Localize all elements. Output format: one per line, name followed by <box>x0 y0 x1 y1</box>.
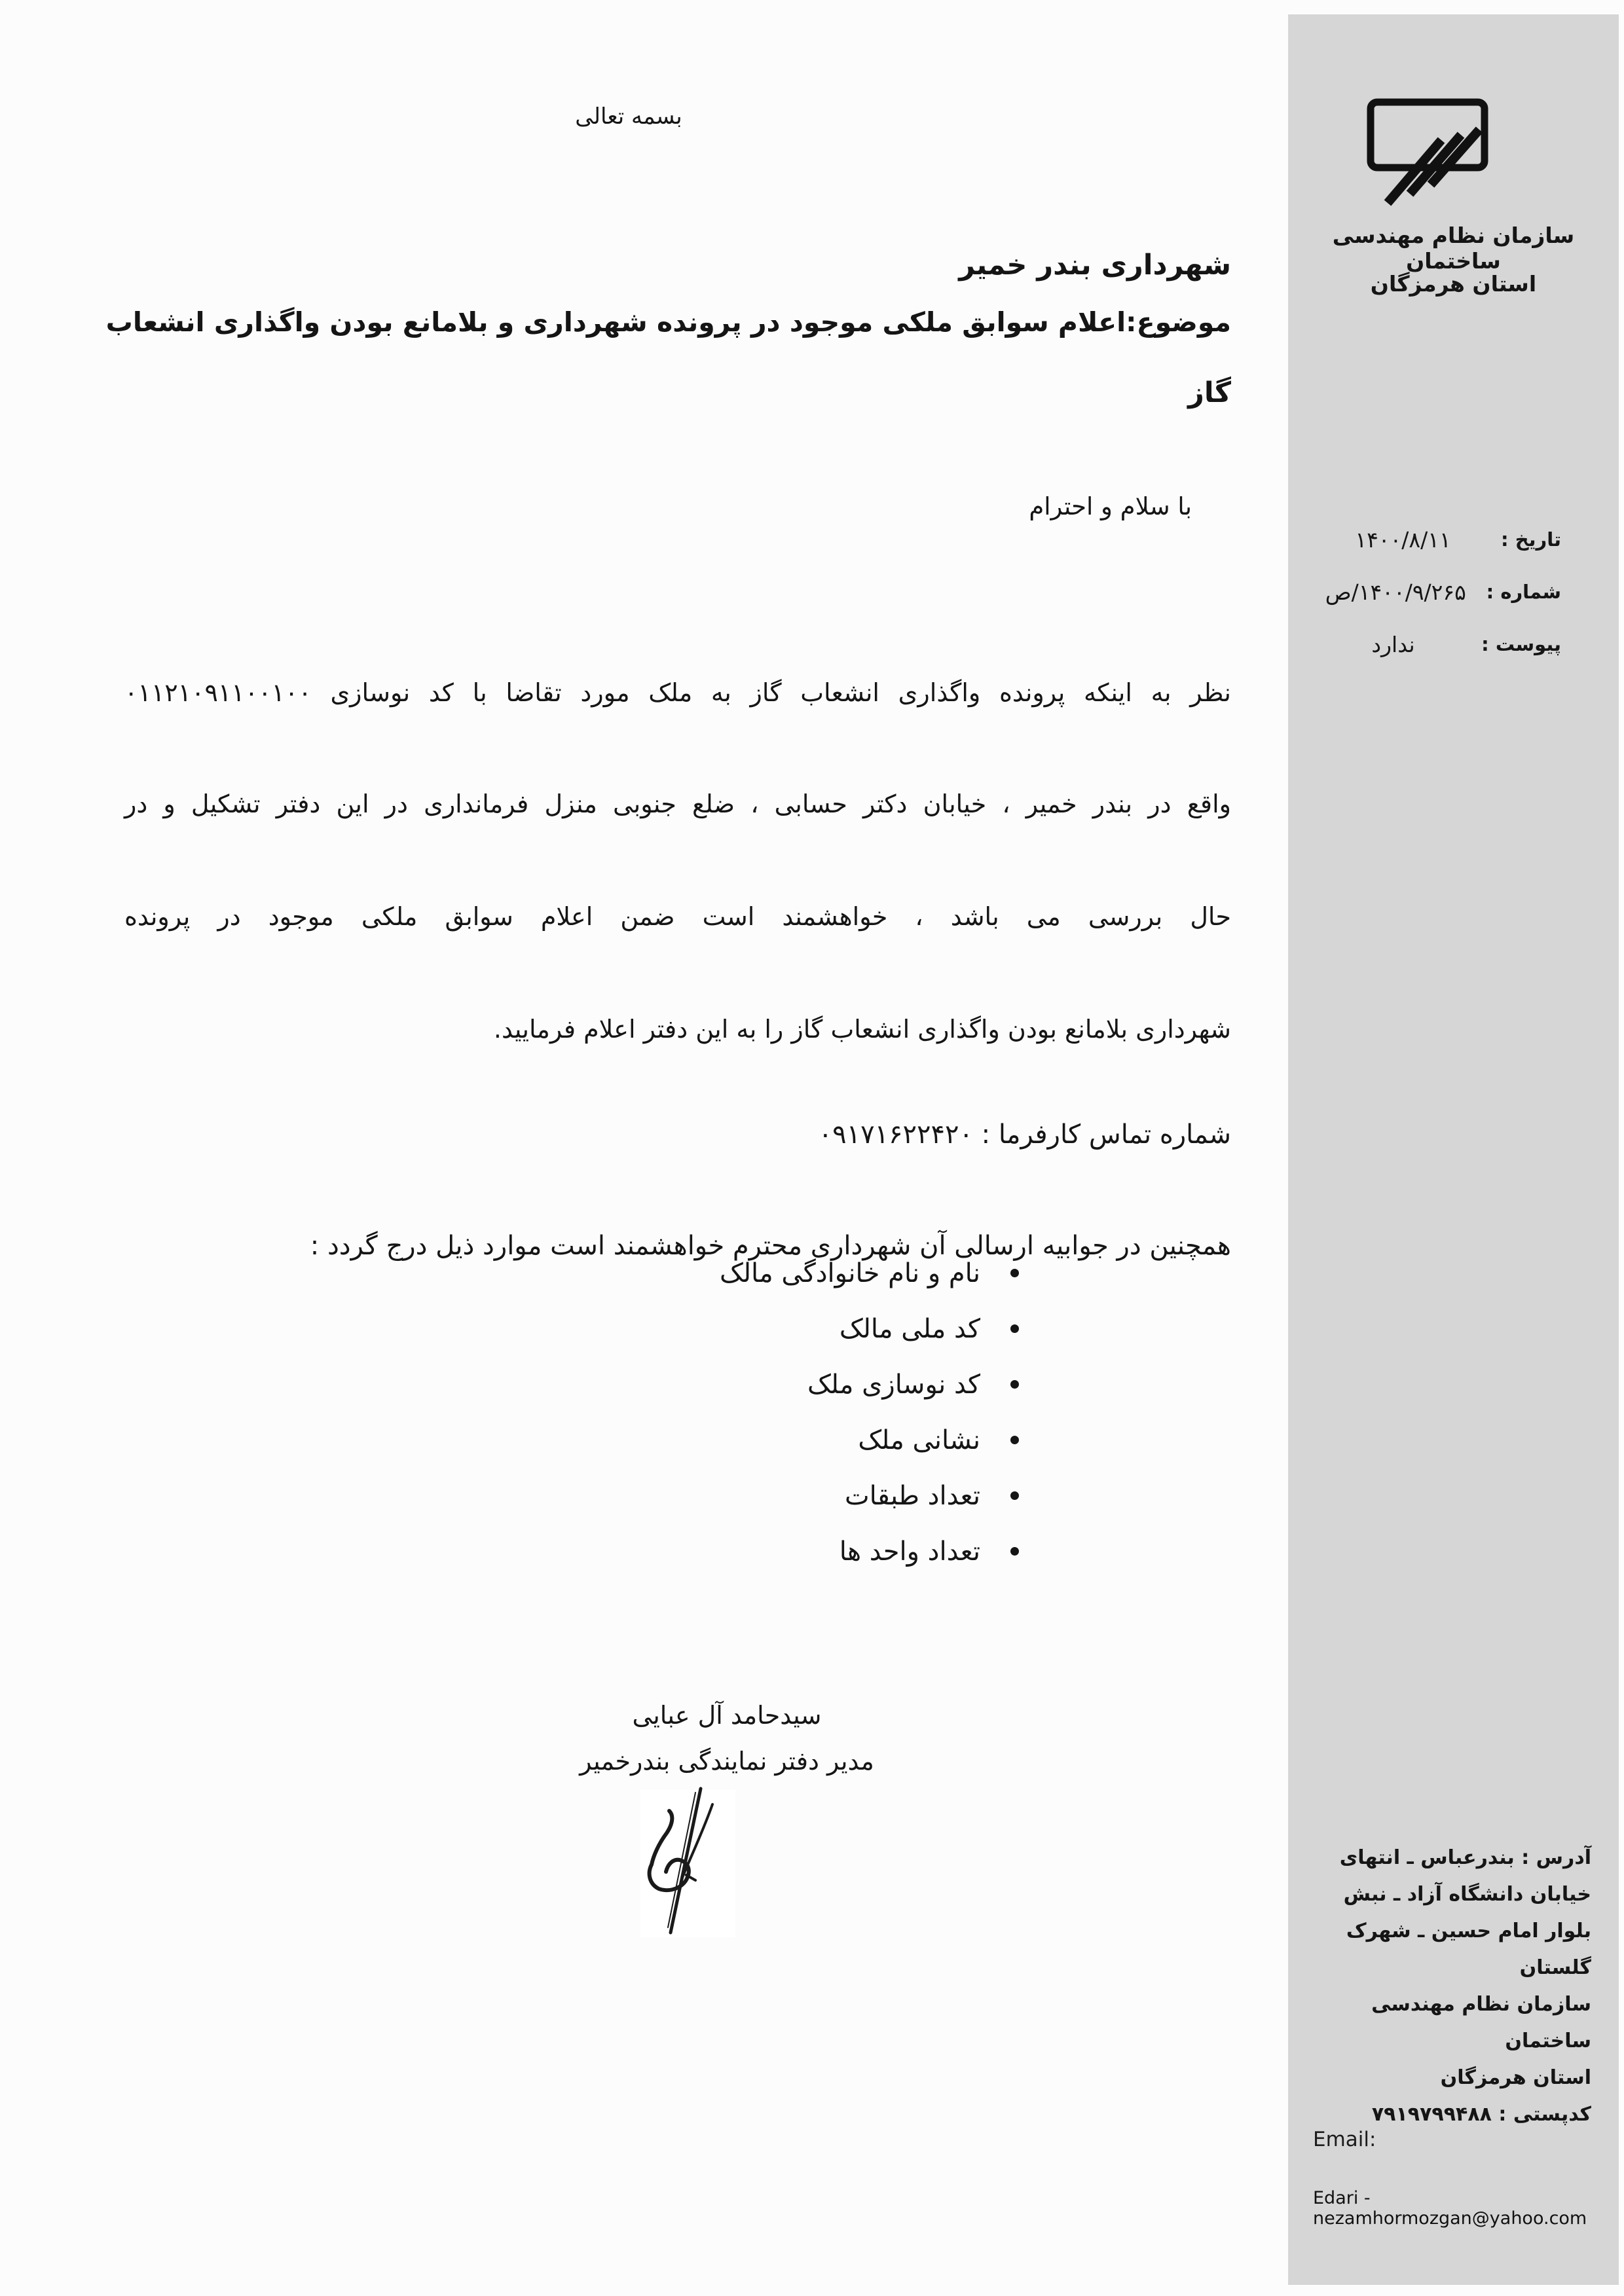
number-field: شماره : ۱۴۰۰/۹/۲۶۵/ص <box>1288 566 1619 618</box>
signer-name: سیدحامد آل عبایی <box>544 1701 910 1730</box>
list-item-label: تعداد طبقات <box>845 1481 980 1511</box>
number-value: ۱۴۰۰/۹/۲۶۵/ص <box>1305 579 1486 605</box>
body-line: شهرداری بلامانع بودن واگذاری انشعاب گاز … <box>124 1010 1231 1049</box>
bullet-icon <box>1010 1547 1019 1556</box>
list-item-label: نشانی ملک <box>858 1425 980 1455</box>
attachment-value: ندارد <box>1305 632 1481 657</box>
body-line: حال بررسی می باشد ، خواهشمند است ضمن اعل… <box>124 897 1231 936</box>
date-value: ۱۴۰۰/۸/۱۱ <box>1305 527 1501 553</box>
address-line: گلستان <box>1309 1950 1591 1986</box>
signature-block: سیدحامد آل عبایی مدیر دفتر نمایندگی بندر… <box>544 1701 910 1776</box>
recipient-line: شهرداری بندر خمیر <box>959 249 1231 282</box>
number-label: شماره : <box>1486 581 1561 603</box>
list-item: نشانی ملک <box>0 1412 1019 1468</box>
list-item: کد نوسازی ملک <box>0 1357 1019 1412</box>
bullet-icon <box>1010 1491 1019 1500</box>
attachment-label: پیوست : <box>1481 633 1561 655</box>
date-field: تاریخ : ۱۴۰۰/۸/۱۱ <box>1288 513 1619 566</box>
employer-phone-line: شماره تماس کارفرما : ۰۹۱۷۱۶۲۲۴۲۰ <box>819 1120 1231 1150</box>
subject-line-1: موضوع:اعلام سوابق ملکی موجود در پرونده ش… <box>106 306 1231 338</box>
subject-line-2: گاز <box>1188 376 1231 409</box>
organization-logo-icon <box>1365 98 1490 210</box>
address-line: بلوار امام حسین ـ شهرک <box>1309 1913 1591 1950</box>
letter-page: بسمه تعالی شهرداری بندر خمیر موضوع:اعلام… <box>0 0 1624 2296</box>
address-line: استان هرمزگان <box>1309 2060 1591 2096</box>
list-item-label: تعداد واحد ها <box>840 1537 980 1567</box>
list-item: تعداد طبقات <box>0 1468 1019 1523</box>
bullet-icon <box>1010 1324 1019 1333</box>
email-address: Edari - nezamhormozgan@yahoo.com <box>1313 2188 1619 2229</box>
salutation-line: با سلام و احترام <box>1029 492 1192 520</box>
letter-meta-fields: تاریخ : ۱۴۰۰/۸/۱۱ شماره : ۱۴۰۰/۹/۲۶۵/ص پ… <box>1288 513 1619 670</box>
bullet-icon <box>1010 1436 1019 1444</box>
org-name-line2: استان هرمزگان <box>1288 271 1619 297</box>
list-item-label: کد نوسازی ملک <box>807 1370 980 1400</box>
attachment-field: پیوست : ندارد <box>1288 618 1619 670</box>
bullet-icon <box>1010 1269 1019 1277</box>
bullet-icon <box>1010 1380 1019 1389</box>
address-line: آدرس : بندرعباس ـ انتهای <box>1309 1840 1591 1876</box>
address-line: سازمان نظام مهندسی ساختمان <box>1309 1986 1591 2060</box>
list-item: تعداد واحد ها <box>0 1523 1019 1579</box>
required-items-list: نام و نام خانوادگی مالک کد ملی مالک کد ن… <box>0 1245 1019 1579</box>
list-item-label: نام و نام خانوادگی مالک <box>720 1258 980 1288</box>
list-item: نام و نام خانوادگی مالک <box>0 1245 1019 1301</box>
letterhead-sidebar: سازمان نظام مهندسی ساختمان استان هرمزگان… <box>1288 14 1619 2285</box>
org-address-block: آدرس : بندرعباس ـ انتهای خیابان دانشگاه … <box>1309 1840 1591 2133</box>
date-label: تاریخ : <box>1501 528 1561 551</box>
address-line: خیابان دانشگاه آزاد ـ نبش <box>1309 1876 1591 1913</box>
handwritten-signature <box>622 1785 747 1988</box>
signer-title: مدیر دفتر نمایندگی بندرخمیر <box>544 1747 910 1776</box>
body-line: نظر به اینکه پرونده واگذاری انشعاب گاز ب… <box>124 673 1231 712</box>
email-label: Email: <box>1313 2128 1376 2151</box>
list-item: کد ملی مالک <box>0 1301 1019 1357</box>
body-line: واقع در بندر خمیر ، خیابان دکتر حسابی ، … <box>124 784 1231 824</box>
org-name-line1: سازمان نظام مهندسی ساختمان <box>1288 223 1619 274</box>
list-item-label: کد ملی مالک <box>840 1314 980 1344</box>
